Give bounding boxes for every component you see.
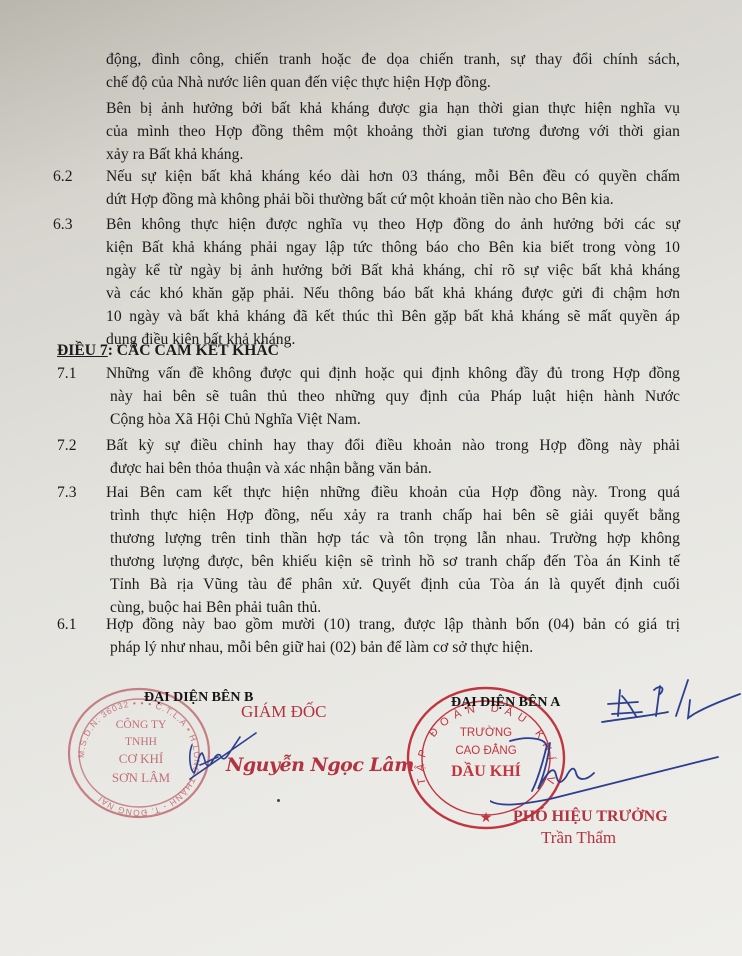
clause-number: 6.1 [57, 614, 77, 636]
party-a-initials-icon [598, 676, 742, 726]
clause-number: 7.1 [57, 363, 77, 385]
body-line: của mình theo Hợp đồng thêm một khoảng t… [106, 121, 680, 143]
article-label: ĐIỀU 7 [57, 342, 108, 359]
body-line: Tỉnh Bà rịa Vũng tàu để phân xử. Quyết đ… [110, 574, 680, 596]
body-line: Bất kỳ sự điều chỉnh hay thay đổi điều k… [106, 435, 680, 457]
clause-number: 6.3 [53, 214, 73, 236]
svg-text:TNHH: TNHH [125, 736, 157, 748]
clause-number: 7.3 [57, 482, 77, 504]
article-7-heading: ĐIỀU 7: CÁC CAM KẾT KHÁC [57, 340, 279, 362]
body-line: Bên không thực hiện được nghĩa vụ theo H… [106, 214, 680, 236]
body-line: thương lượng được, bên khiếu kiện sẽ trì… [110, 551, 680, 573]
contract-page: động, đình công, chiến tranh hoặc đe dọa… [0, 0, 742, 956]
body-line: Những vấn đề không được qui định hoặc qu… [106, 363, 680, 385]
body-line: dứt Hợp đồng mà không phải bồi thường bấ… [106, 189, 614, 211]
body-line: pháp lý như nhau, mỗi bên giữ hai (02) b… [110, 637, 533, 659]
article-title: : CÁC CAM KẾT KHÁC [108, 342, 279, 359]
body-line: kiện Bất khả kháng phải ngay lập tức thô… [106, 237, 680, 259]
body-line: xảy ra Bất khả kháng. [106, 144, 243, 166]
clause-number: 7.2 [57, 435, 77, 457]
party-a-name: Trần Thẩm [541, 828, 616, 848]
body-line: Hai Bên cam kết thực hiện những điều kho… [106, 482, 680, 504]
body-line: trình thực hiện Hợp đồng, nếu xảy ra tra… [110, 505, 680, 527]
body-line: Cộng hòa Xã Hội Chủ Nghĩa Việt Nam. [110, 409, 361, 431]
clause-number: 6.2 [53, 166, 73, 188]
body-line: ngày kể từ ngày bị ảnh hưởng bởi Bất khả… [106, 260, 680, 282]
body-line: này hai bên sẽ tuân thủ theo những quy đ… [110, 386, 680, 408]
body-line: được hai bên thỏa thuận và xác nhận bằng… [110, 458, 432, 480]
party-a-position: PHÓ HIỆU TRƯỞNG [513, 808, 668, 826]
body-line: chế độ của Nhà nước liên quan đến việc t… [106, 72, 491, 94]
party-b-name: Nguyễn Ngọc Lâm [226, 754, 414, 776]
body-line: động, đình công, chiến tranh hoặc đe dọa… [106, 49, 680, 71]
svg-text:CÔNG TY: CÔNG TY [116, 717, 167, 731]
body-line: Bên bị ảnh hưởng bởi bất khả kháng được … [106, 98, 680, 120]
svg-text:SƠN LÂM: SƠN LÂM [112, 770, 171, 785]
svg-text:CƠ KHÍ: CƠ KHÍ [119, 751, 163, 766]
ink-dot [277, 799, 280, 802]
body-line: thương lượng trên tinh thần hợp tác và t… [110, 528, 680, 550]
party-b-title: ĐẠI DIỆN BÊN B [144, 690, 253, 706]
body-line: Nếu sự kiện bất khả kháng kéo dài hơn 03… [106, 166, 680, 188]
body-line: 10 ngày và bất khả kháng đã kết thúc thì… [106, 306, 680, 328]
party-a-title: ĐẠI DIỆN BÊN A [451, 695, 560, 711]
body-line: Hợp đồng này bao gồm mười (10) trang, đư… [106, 614, 680, 636]
party-a-signature-icon [490, 735, 720, 815]
body-line: và các khó khăn gặp phải. Nếu thông báo … [106, 283, 680, 305]
